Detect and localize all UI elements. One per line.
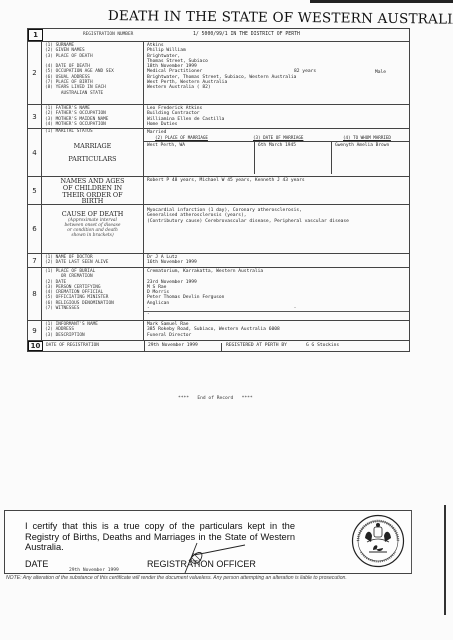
section-number: 1 <box>28 29 43 41</box>
document-title: DEATH IN THE STATE OF WESTERN AUSTRALIA <box>108 8 453 28</box>
section-number: 6 <box>28 205 42 253</box>
marriage-columns: West Perth, WA 6th March 1945 Gwenyth Am… <box>144 141 409 174</box>
label-mothers-occupation: (4) MOTHER'S OCCUPATION <box>45 122 140 127</box>
label-date-of-registration: DATE OF REGISTRATION <box>43 341 145 351</box>
cause-of-death-heading: CAUSE OF DEATH <box>45 211 140 218</box>
field-labels: (1) FATHER'S NAME (2) FATHER'S OCCUPATIO… <box>42 105 144 128</box>
particulars-heading: PARTICULARS <box>45 156 140 163</box>
section-number: 5 <box>28 177 42 204</box>
label-years-lived-cont: AUSTRALIAN STATE <box>45 91 140 96</box>
section-deceased-details: 2 (1) SURNAME (2) GIVEN NAMES (3) PLACE … <box>27 42 410 105</box>
field-values: Married (2) PLACE OF MARRIAGE (3) DATE O… <box>144 129 409 176</box>
field-label: REGISTRATION NUMBER <box>43 29 193 41</box>
section-informant: 9 (1) INFORMANT'S NAME (2) ADDRESS (3) D… <box>27 321 410 341</box>
date-label: DATE <box>25 559 48 569</box>
date-of-marriage: 6th March 1945 <box>255 142 332 174</box>
witnesses-extra: - <box>144 311 409 317</box>
section-number: 9 <box>28 321 42 340</box>
field-labels: (1) PLACE OF BURIAL OR CREMATION (2) DAT… <box>42 268 144 320</box>
certificate-date: 29th November 1999 <box>69 568 119 573</box>
section-children: 5 NAMES AND AGES OF CHILDREN IN THEIR OR… <box>27 177 410 205</box>
section-number: 3 <box>28 105 42 128</box>
field-values: Crematorium, Karrakatta, Western Austral… <box>144 268 409 320</box>
section-number: 7 <box>28 254 42 267</box>
marriage-column-headers: (2) PLACE OF MARRIAGE (3) DATE OF MARRIA… <box>147 135 406 140</box>
field-labels: (1) SURNAME (2) GIVEN NAMES (3) PLACE OF… <box>42 42 144 104</box>
label-date-last-seen: (2) DATE LAST SEEN ALIVE <box>45 260 140 265</box>
informant-description: Funeral Director <box>147 333 406 338</box>
label-witnesses: (7) WITNESSES <box>45 306 140 311</box>
children-list: Robert P 48 years, Michael W 45 years, K… <box>144 177 409 204</box>
date-last-seen: 16th November 1999 <box>147 260 406 265</box>
field-values: Atkins Philip William Brightwater, Thoma… <box>144 42 409 104</box>
registration-values: 29th November 1999 REGISTERED AT PERTH B… <box>145 341 409 351</box>
section-number: 8 <box>28 268 42 320</box>
field-values: Leo Frederick Atkins Building Contractor… <box>144 105 409 128</box>
cause-values: Myocardial infarction (1 day), Coronary … <box>144 205 409 253</box>
children-heading: NAMES AND AGES OF CHILDREN IN THEIR ORDE… <box>42 177 144 204</box>
header-to-whom-married: (4) TO WHOM MARRIED <box>331 135 391 140</box>
marriage-heading: MARRIAGE <box>45 143 140 150</box>
section-burial: 8 (1) PLACE OF BURIAL OR CREMATION (2) D… <box>27 268 410 321</box>
registered-at-label: REGISTERED AT PERTH BY <box>222 343 306 351</box>
years-lived: Western Australia ( 82) <box>147 85 406 90</box>
label-marital-status: (1) MARITAL STATUS <box>45 129 140 134</box>
mothers-occupation: Home Duties <box>147 122 406 127</box>
alteration-warning: NOTE: Any alteration of the substance of… <box>6 575 347 581</box>
registrar-name: G G Stockins <box>306 343 339 351</box>
registration-date: 29th November 1999 <box>145 343 222 351</box>
section-registration-date: 10 DATE OF REGISTRATION 29th November 19… <box>27 341 410 352</box>
state-seal-icon <box>351 514 405 568</box>
section-number: 4 <box>28 129 42 176</box>
section-number: 2 <box>28 42 42 104</box>
header-place-of-marriage: (2) PLACE OF MARRIAGE <box>147 135 243 140</box>
header-date-of-marriage: (3) DATE OF MARRIAGE <box>243 135 331 140</box>
scan-edge-right <box>444 505 446 615</box>
sex: Male <box>375 70 386 75</box>
age: 82 years <box>294 69 316 74</box>
section-doctor: 7 (1) NAME OF DOCTOR (2) DATE LAST SEEN … <box>27 254 410 268</box>
heading-line: BIRTH <box>45 198 140 204</box>
field-labels: (1) INFORMANT'S NAME (2) ADDRESS (3) DES… <box>42 321 144 340</box>
field-labels: (1) NAME OF DOCTOR (2) DATE LAST SEEN AL… <box>42 254 144 267</box>
registration-number: 1/ 5000/99/1 IN THE DISTRICT OF PERTH <box>193 29 300 41</box>
section-registration-number: 1 REGISTRATION NUMBER 1/ 5000/99/1 IN TH… <box>27 28 410 42</box>
label-description: (3) DESCRIPTION <box>45 333 140 338</box>
section-number: 10 <box>28 341 43 351</box>
scan-edge-top <box>310 0 453 3</box>
signature-icon <box>175 539 255 575</box>
section-marriage: 4 (1) MARITAL STATUS MARRIAGE PARTICULAR… <box>27 129 410 177</box>
certification-box: I certify that this is a true copy of th… <box>4 510 412 574</box>
cause-heading: CAUSE OF DEATH (Approximate interval bet… <box>42 205 144 253</box>
cause-note-line: shown in brackets) <box>45 233 140 238</box>
section-cause-of-death: 6 CAUSE OF DEATH (Approximate interval b… <box>27 205 410 254</box>
end-of-record: **** End of Record **** <box>178 396 253 401</box>
place-of-marriage: West Perth, WA <box>144 142 255 174</box>
section-parents: 3 (1) FATHER'S NAME (2) FATHER'S OCCUPAT… <box>27 105 410 129</box>
field-labels: (1) MARITAL STATUS MARRIAGE PARTICULARS <box>42 129 144 176</box>
field-values: Mark Samuel Rae 385 Rokeby Road, Subiaco… <box>144 321 409 340</box>
spouse-name: Gwenyth Amelia Brown <box>332 142 409 174</box>
cause-contributory: (Contributory cause) Cerebrovascular dis… <box>147 219 406 224</box>
death-record-form: 1 REGISTRATION NUMBER 1/ 5000/99/1 IN TH… <box>27 28 410 352</box>
field-values: Dr J A Lutz 16th November 1999 <box>144 254 409 267</box>
